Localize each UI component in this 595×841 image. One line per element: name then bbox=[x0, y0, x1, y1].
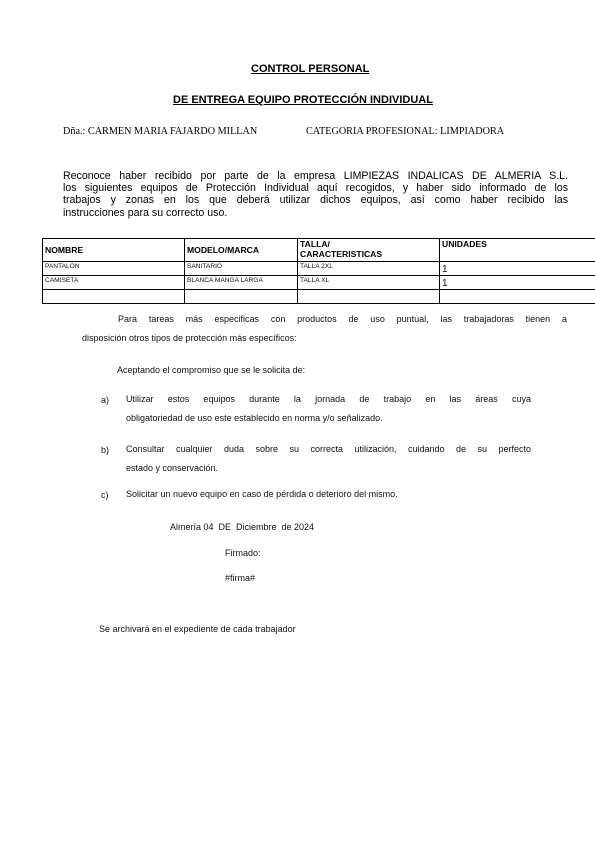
category-info: CATEGORIA PROFESIONAL: LIMPIADORA bbox=[306, 126, 504, 137]
item-letter-a: a) bbox=[101, 395, 109, 405]
signed-label: Firmado: bbox=[225, 544, 261, 563]
worker-info: Dña.: CARMEN MARIA FAJARDO MILLAN bbox=[63, 126, 257, 137]
intro-line: Reconoce haber recibido por parte de la … bbox=[63, 170, 568, 182]
archive-note: Se archivará en el expediente de cada tr… bbox=[99, 620, 296, 639]
cell-modelo: BLANCA MANGA LARGA bbox=[185, 276, 298, 290]
item-line: estado y conservación. bbox=[126, 463, 218, 473]
item-line: Consultar cualquier duda sobre su correc… bbox=[126, 440, 531, 459]
item-letter-c: c) bbox=[101, 490, 109, 500]
col-header-talla: TALLA/ CARACTERISTICAS bbox=[298, 239, 440, 262]
item-line: Solicitar un nuevo equipo en caso de pér… bbox=[126, 489, 398, 499]
tareas-line: Para tareas más especificas con producto… bbox=[82, 310, 567, 329]
table-row: CAMISETA BLANCA MANGA LARGA TALLA XL 1 bbox=[43, 276, 595, 290]
place-date: Almería 04 DE Diciembre de 2024 bbox=[170, 518, 314, 537]
aceptando-text: Aceptando el compromiso que se le solici… bbox=[117, 361, 305, 380]
cell-nombre: PANTALON bbox=[43, 262, 185, 276]
cell-talla bbox=[298, 290, 440, 304]
tareas-paragraph: Para tareas más especificas con producto… bbox=[82, 310, 567, 348]
item-b-text: Consultar cualquier duda sobre su correc… bbox=[126, 440, 531, 478]
signature-placeholder: #firma# bbox=[225, 569, 255, 588]
table-row bbox=[43, 290, 595, 304]
intro-line: instrucciones para su correcto uso. bbox=[63, 207, 568, 219]
intro-paragraph: Reconoce haber recibido por parte de la … bbox=[63, 170, 568, 219]
col-header-nombre: NOMBRE bbox=[43, 239, 185, 262]
cell-talla: TALLA XL bbox=[298, 276, 440, 290]
cell-nombre bbox=[43, 290, 185, 304]
table-header-row: NOMBRE MODELO/MARCA TALLA/ CARACTERISTIC… bbox=[43, 239, 595, 262]
col-header-modelo: MODELO/MARCA bbox=[185, 239, 298, 262]
cell-modelo bbox=[185, 290, 298, 304]
intro-line: trabajos y zonas en los que deberá utili… bbox=[63, 194, 568, 206]
item-line: Utilizar estos equipos durante la jornad… bbox=[126, 390, 531, 409]
cell-unidades: 1 bbox=[440, 262, 595, 276]
category-label: CATEGORIA PROFESIONAL: bbox=[306, 126, 438, 137]
worker-category: LIMPIADORA bbox=[440, 126, 504, 137]
cell-talla: TALLA 2XL bbox=[298, 262, 440, 276]
col-header-talla-text: TALLA/ CARACTERISTICAS bbox=[300, 239, 400, 259]
item-c-text: Solicitar un nuevo equipo en caso de pér… bbox=[126, 485, 531, 504]
equipment-table: NOMBRE MODELO/MARCA TALLA/ CARACTERISTIC… bbox=[42, 238, 595, 304]
item-a-text: Utilizar estos equipos durante la jornad… bbox=[126, 390, 531, 428]
intro-line: los siguientes equipos de Protección Ind… bbox=[63, 182, 568, 194]
document-subtitle: DE ENTREGA EQUIPO PROTECCIÓN INDIVIDUAL bbox=[173, 94, 433, 106]
item-line: obligatoriedad de uso este establecido e… bbox=[126, 413, 383, 423]
name-label: Dña.: bbox=[63, 126, 85, 137]
cell-unidades: 1 bbox=[440, 276, 595, 290]
tareas-line: disposición otros tipos de protección má… bbox=[82, 333, 297, 343]
cell-modelo: SANITARIO bbox=[185, 262, 298, 276]
col-header-unidades: UNIDADES bbox=[440, 239, 595, 262]
cell-nombre: CAMISETA bbox=[43, 276, 185, 290]
table-row: PANTALON SANITARIO TALLA 2XL 1 bbox=[43, 262, 595, 276]
item-letter-b: b) bbox=[101, 445, 109, 455]
cell-unidades bbox=[440, 290, 595, 304]
document-title: CONTROL PERSONAL bbox=[251, 63, 369, 75]
worker-name: CARMEN MARIA FAJARDO MILLAN bbox=[88, 126, 257, 137]
